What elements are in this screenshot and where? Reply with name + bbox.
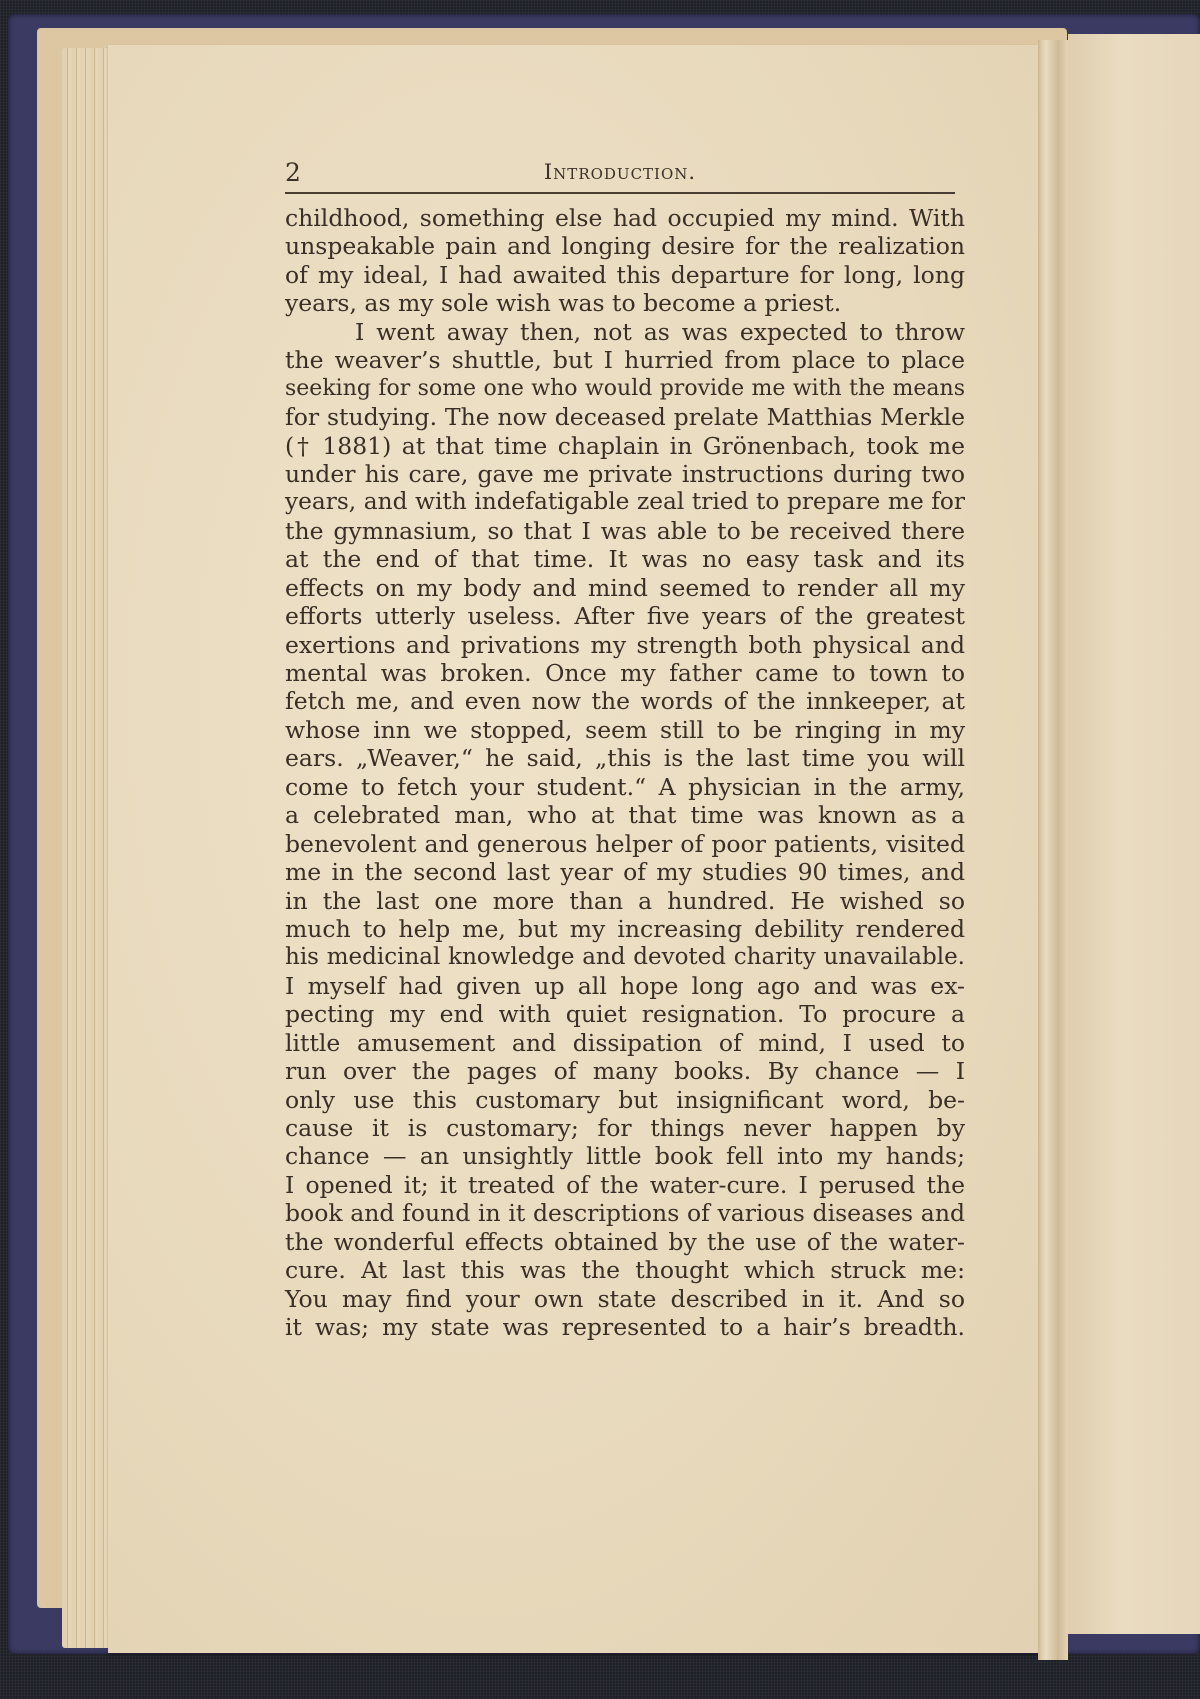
text-line: mental was broken. Once my father came t… (285, 659, 965, 687)
text-line: exertions and privations my strength bot… (285, 631, 965, 659)
text-line: much to help me, but my increasing debil… (285, 915, 965, 943)
text-line: it was; my state was represented to a ha… (285, 1313, 965, 1341)
text-line (285, 1370, 965, 1398)
text-line: pecting my end with quiet resignation. T… (285, 1000, 965, 1028)
text-line: under his care, gave me private instruct… (285, 460, 965, 488)
text-line: years, as my sole wish was to become a p… (285, 289, 965, 317)
text-line: I opened it; it treated of the water-cur… (285, 1171, 965, 1199)
text-line: of my ideal, I had awaited this departur… (285, 261, 965, 289)
text-line: book and found in it descriptions of var… (285, 1199, 965, 1227)
paragraph: childhood, something else had occupied m… (285, 204, 965, 318)
text-line: a celebrated man, who at that time was k… (285, 801, 965, 829)
text-line: run over the pages of many books. By cha… (285, 1057, 965, 1085)
paragraph: I went away then, not as was expected to… (285, 318, 965, 1399)
text-line: You may find your own state described in… (285, 1285, 965, 1313)
page-edges (62, 48, 112, 1648)
text-line: fetch me, and even now the words of the … (285, 687, 965, 715)
text-line: whose inn we stopped, seem still to be r… (285, 716, 965, 744)
text-line: at the end of that time. It was no easy … (285, 545, 965, 573)
text-line: childhood, something else had occupied m… (285, 204, 965, 232)
text-line: the gymnasium, so that I was able to be … (285, 517, 965, 545)
text-line: I myself had given up all hope long ago … (285, 972, 965, 1000)
text-line: chance — an unsightly little book fell i… (285, 1142, 965, 1170)
text-line: ears. „Weaver,“ he said, „this is the la… (285, 744, 965, 772)
text-line: only use this customary but insignifican… (285, 1086, 965, 1114)
text-line: I went away then, not as was expected to… (285, 318, 965, 346)
text-line (285, 1342, 965, 1370)
text-line: me in the second last year of my studies… (285, 858, 965, 886)
page-header: 2 Introduction. (285, 152, 955, 192)
text-line: cause it is customary; for things never … (285, 1114, 965, 1142)
text-line: († 1881) at that time chaplain in Grönen… (285, 432, 965, 460)
text-line: effects on my body and mind seemed to re… (285, 574, 965, 602)
running-head: Introduction. (285, 160, 955, 184)
book-gutter (1038, 40, 1068, 1660)
text-line: in the last one more than a hundred. He … (285, 887, 965, 915)
text-line: efforts utterly useless. After five year… (285, 602, 965, 630)
text-line: unspeakable pain and longing desire for … (285, 232, 965, 260)
text-line: for studying. The now deceased prelate M… (285, 403, 965, 431)
text-line: the weaver’s shuttle, but I hurried from… (285, 346, 965, 374)
text-line: the wonderful effects obtained by the us… (285, 1228, 965, 1256)
text-line: cure. At last this was the thought which… (285, 1256, 965, 1284)
text-line: come to fetch your student.“ A physician… (285, 773, 965, 801)
text-line: little amusement and dissipation of mind… (285, 1029, 965, 1057)
facing-page-edge (1068, 34, 1200, 1634)
header-rule (285, 192, 955, 194)
body-text: childhood, something else had occupied m… (285, 204, 965, 1398)
text-line: years, and with indefatigable zeal tried… (285, 488, 965, 516)
text-line: benevolent and generous helper of poor p… (285, 830, 965, 858)
text-line: his medicinal knowledge and devoted char… (285, 943, 965, 971)
text-line: seeking for some one who would provide m… (285, 375, 965, 403)
